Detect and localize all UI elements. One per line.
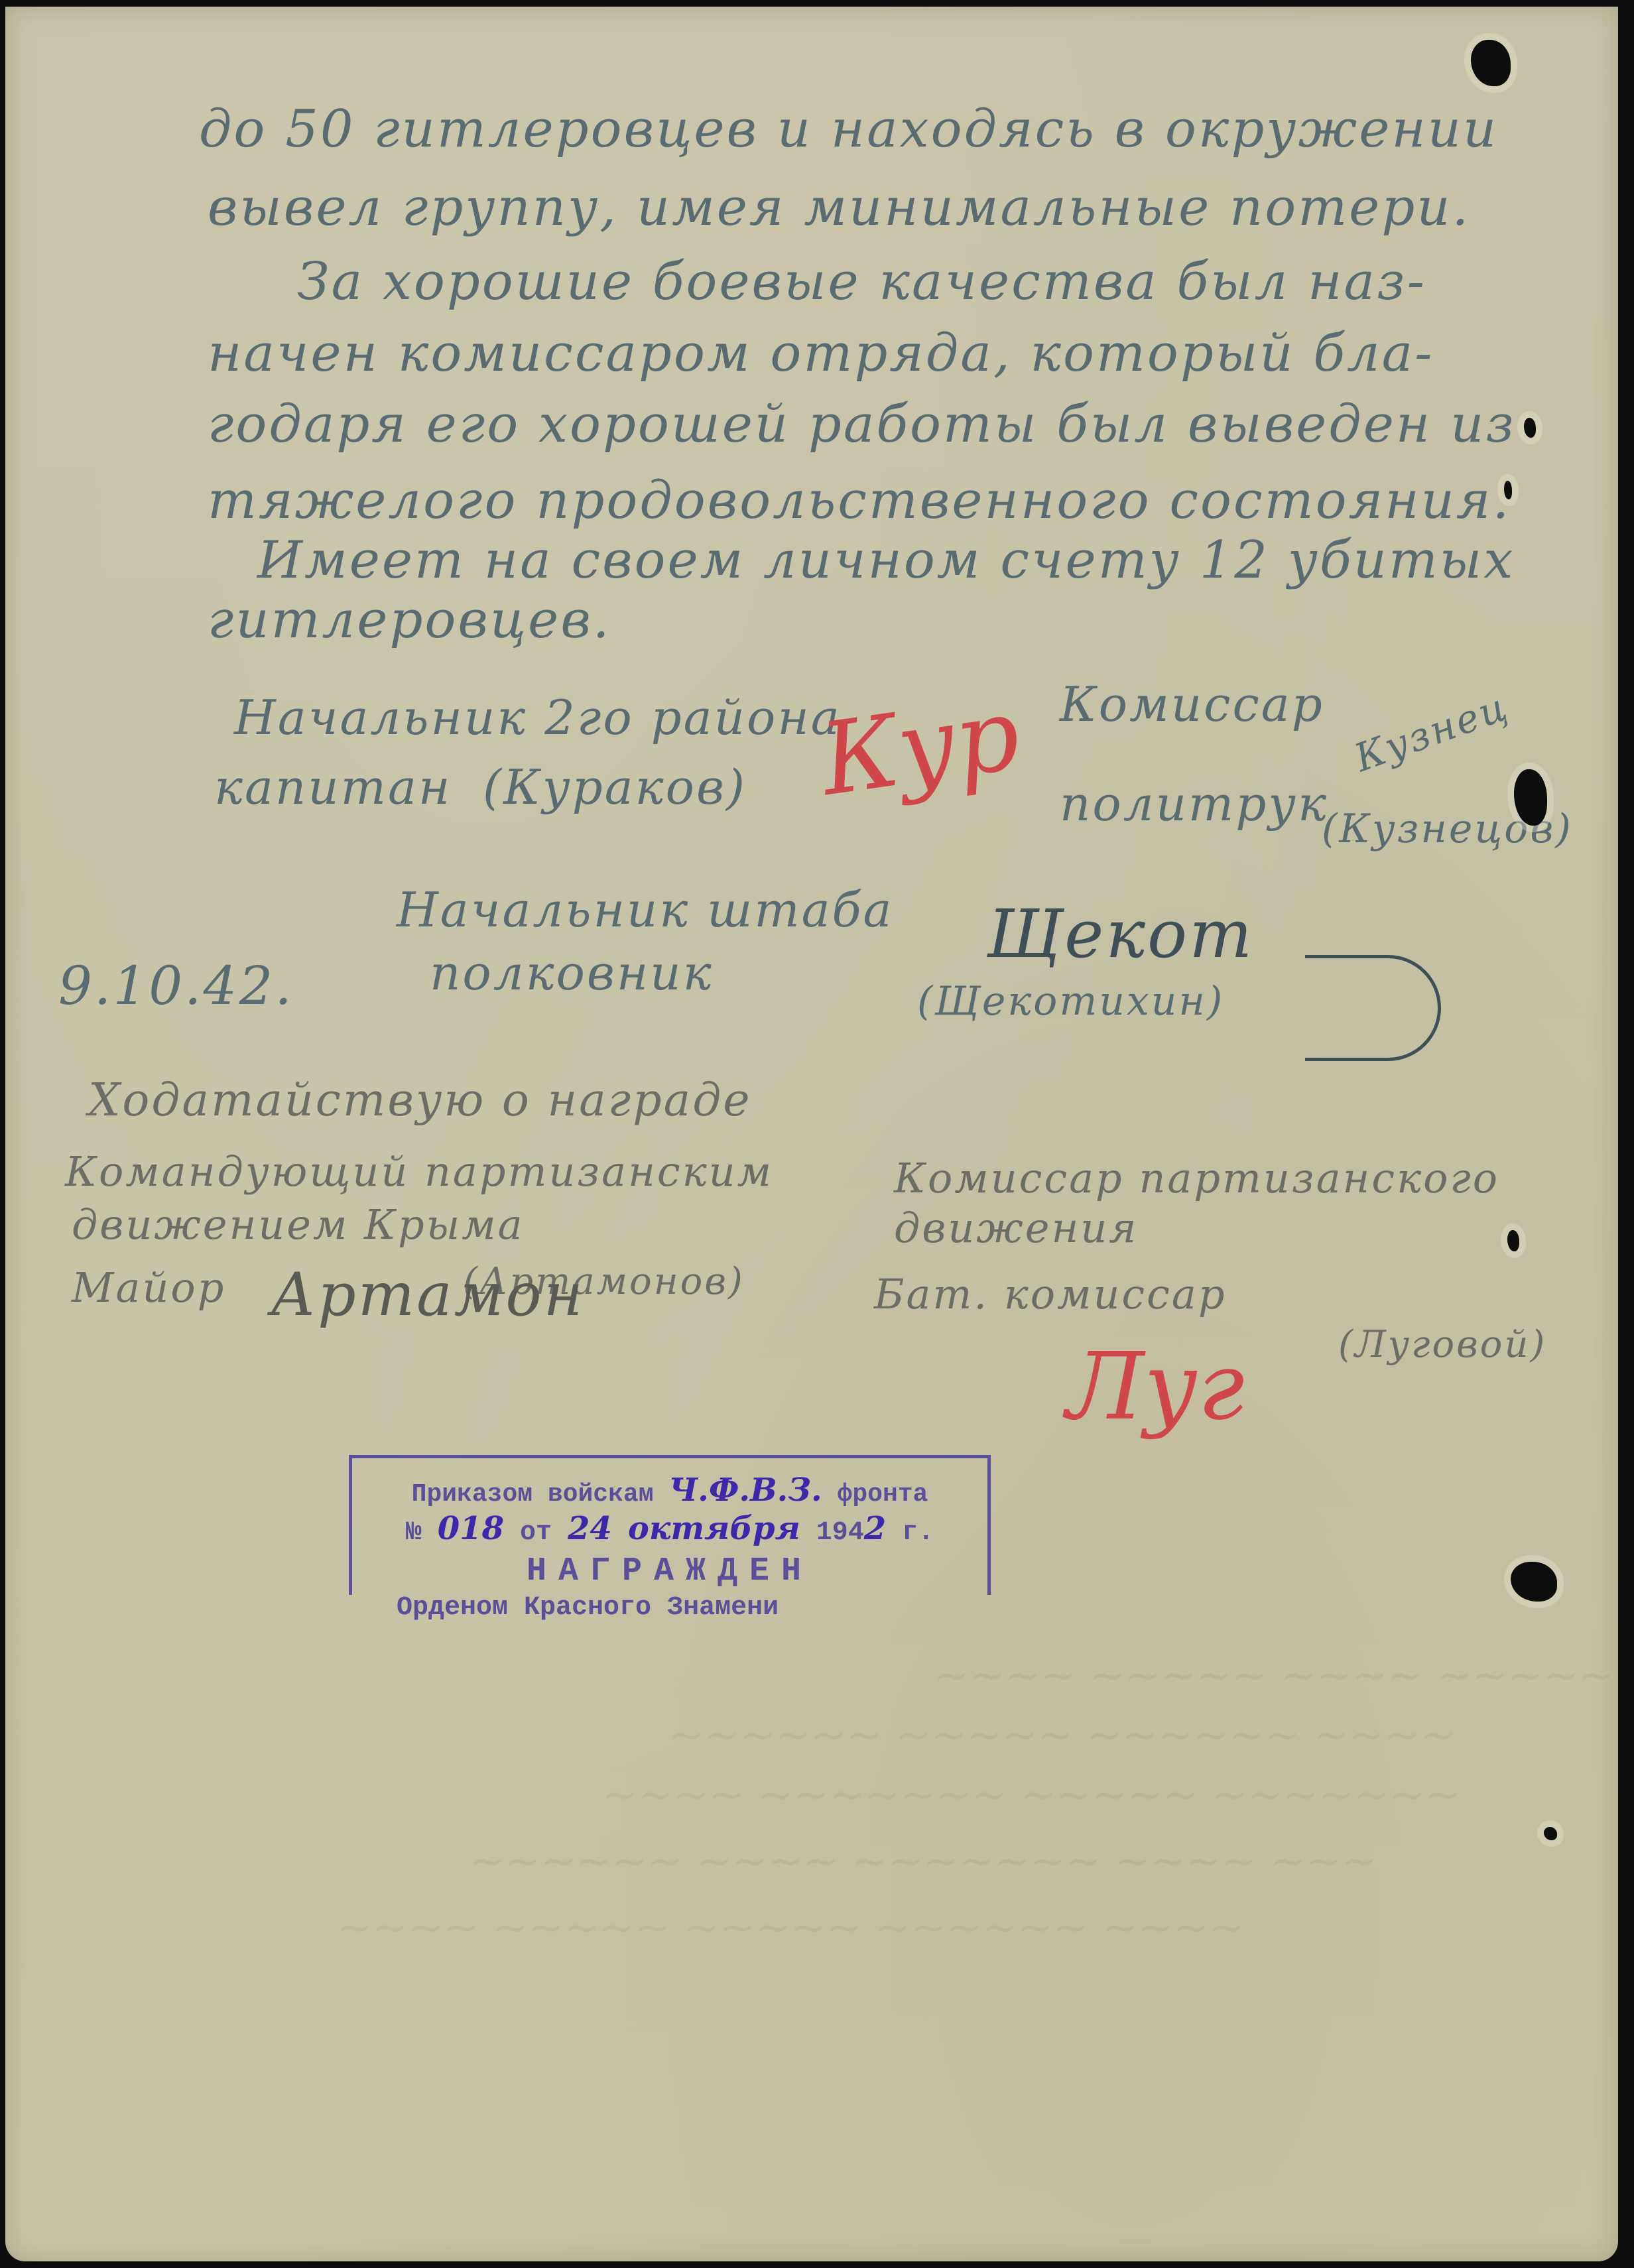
bleed-through-text: ~~~~ ~~~~~~~ ~~~~~ ~~~~~~~ <box>602 1771 1460 1820</box>
bleed-through-text: ~~~~~~ ~~~~~ ~~~~~~ ~~~~ <box>668 1711 1456 1760</box>
punch-hole <box>1511 1562 1557 1602</box>
punch-hole <box>1471 40 1511 86</box>
petition-right-rank: Бат. комиссар <box>874 1270 1227 1318</box>
stamp-awarded: НАГРАЖДЕН <box>352 1552 987 1590</box>
punch-hole <box>1544 1827 1557 1840</box>
bleed-through-text: ~~~~ ~~~~~ ~~~~~ ~~~~~~ ~~~~ <box>337 1903 1244 1952</box>
signature-flourish <box>1305 955 1441 1061</box>
bleed-through-text: ~~~~ ~~~~~ ~~~~ ~~~~~ <box>934 1651 1614 1700</box>
stamp-number-label: № <box>406 1518 422 1548</box>
bleed-through-text: ~~~~~~ ~~~~ ~~~~~~~ ~~~~ ~~~ <box>470 1837 1377 1886</box>
petition-right-line1: Комиссар партизанского <box>894 1154 1499 1202</box>
commissar-signature: Кузнец <box>1349 684 1515 781</box>
stamp-year-hand: 2 <box>864 1510 886 1547</box>
body-line: до 50 гитлеровцев и находясь в окружении <box>199 99 1498 159</box>
stamp-order-prefix: Приказом войскам <box>412 1480 654 1509</box>
body-line: тяжелого продовольственного состояния. <box>208 471 1511 531</box>
body-line: гитлеровцев. <box>208 590 611 650</box>
petition-right-red-signature: Луг <box>1066 1333 1245 1441</box>
document-page: ~~~~ ~~~~~ ~~~~ ~~~~~ ~~~~~~ ~~~~~ ~~~~~… <box>5 7 1618 2261</box>
commander-name: (Кураков) <box>483 759 747 815</box>
commander-title: Начальник 2го района <box>234 690 842 745</box>
award-stamp: Приказом войскам Ч.Ф.В.З. фронта № 018 о… <box>349 1455 991 1595</box>
chief-of-staff-name: (Щекотихин) <box>917 978 1224 1025</box>
petition-right-line2: движения <box>894 1204 1138 1252</box>
body-line: Имеет на своем личном счету 12 убитых <box>257 531 1515 590</box>
petition-left-line1: Командующий партизанским <box>65 1147 773 1196</box>
stamp-number-line: № 018 от 24 октября 1942 г. <box>352 1510 987 1548</box>
commissar-rank: политрук <box>1060 776 1328 832</box>
petition-right-name: (Луговой) <box>1338 1323 1546 1366</box>
chief-of-staff-rank: полковник <box>430 945 714 1001</box>
stamp-year-prefix: 194 <box>816 1518 864 1548</box>
petition-left-signature: Артамон <box>271 1260 585 1330</box>
body-line: За хорошие боевые качества был наз- <box>297 252 1426 312</box>
document-date: 9.10.42. <box>58 955 294 1017</box>
stamp-order-line: Приказом войскам Ч.Ф.В.З. фронта <box>352 1472 987 1509</box>
petition-left-line2: движением Крыма <box>72 1200 525 1249</box>
stamp-front-name: Ч.Ф.В.З. <box>668 1472 822 1509</box>
punch-hole <box>1524 418 1536 438</box>
punch-hole <box>1507 1230 1519 1251</box>
commissar-title: Комиссар <box>1060 676 1324 732</box>
body-line: начен комиссаром отряда, который бла- <box>208 324 1434 383</box>
chief-of-staff-title: Начальник штаба <box>397 882 893 938</box>
chief-of-staff-signature: Щекот <box>987 895 1254 973</box>
stamp-day: 24 <box>568 1510 612 1547</box>
commander-red-signature: Кур <box>814 676 1026 818</box>
stamp-year-suffix: г. <box>902 1518 934 1548</box>
petition-heading: Ходатайствую о награде <box>88 1074 752 1127</box>
body-line: годаря его хорошей работы был выведен из <box>208 395 1516 454</box>
body-line: вывел группу, имея минимальные потери. <box>208 178 1470 237</box>
stamp-order-suffix: фронта <box>838 1480 928 1509</box>
stamp-month: октября <box>628 1510 800 1547</box>
stamp-number-value: 018 <box>438 1510 504 1547</box>
petition-left-rank: Майор <box>72 1263 225 1312</box>
punch-hole <box>1504 481 1512 499</box>
commander-rank: капитан <box>214 759 452 815</box>
stamp-order-name: Орденом Красного Знамени <box>397 1593 779 1623</box>
stamp-from-label: от <box>520 1518 552 1548</box>
